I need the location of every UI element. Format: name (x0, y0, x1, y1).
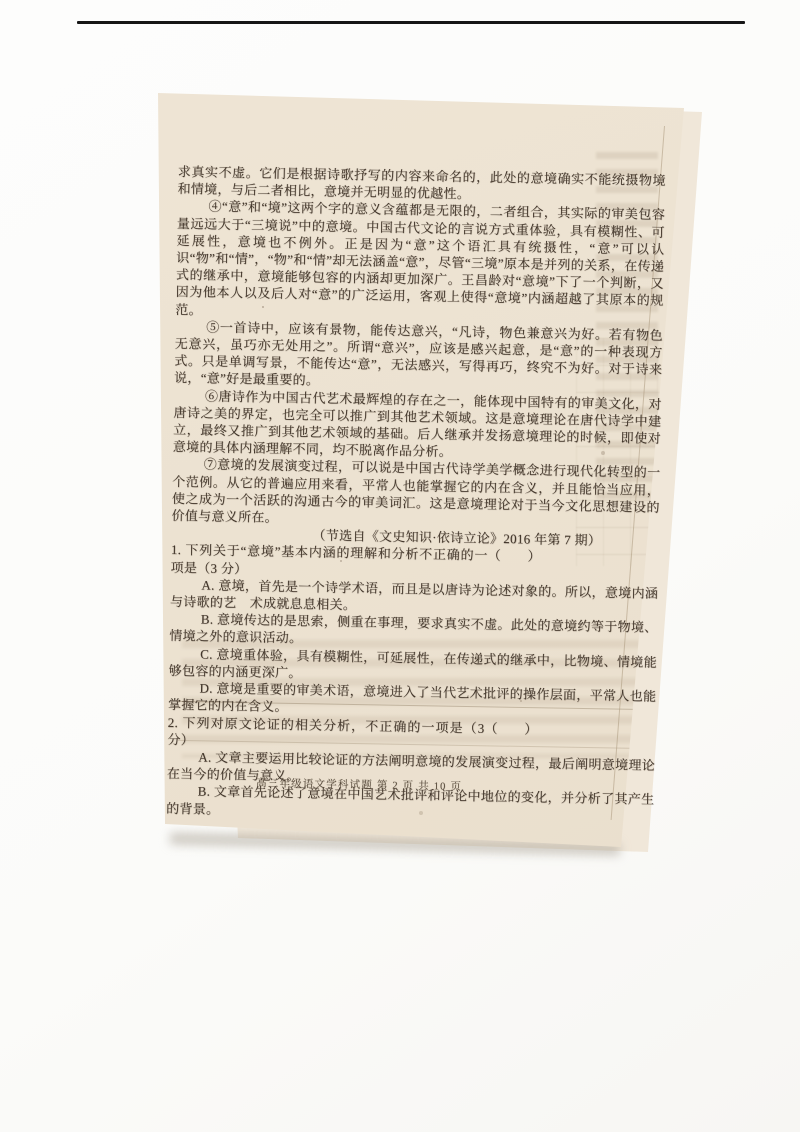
paragraph: ⑥唐诗作为中国古代艺术最辉煌的存在之一，能体现中国特有的审美文化，对唐诗之美的界… (173, 387, 662, 465)
top-rule (77, 21, 745, 24)
paragraph: ④“意”和“境”这两个字的意义含蕴都是无限的，二者组合，其实际的审美包容量远远大… (175, 197, 665, 326)
paragraph: ⑦意境的发展演变过程，可以说是中国古代诗学美学概念进行现代化转型的一个范例。从它… (171, 455, 660, 533)
paragraph: ⑤一首诗中，应该有景物，能传达意兴，“凡诗，物色兼意兴为好。若有物色无意兴，虽巧… (174, 318, 663, 396)
question-stem: 1. 下列关于“意境”基本内涵的理解和分析不正确的一项是（3 分） (170, 541, 487, 581)
question-stem: 2. 下列对原文论证的相关分析，不正确的一项是（3 分） (167, 713, 484, 753)
page-footer-text: 高三年级语文学科试题 第 2 页 共 10 页 (256, 778, 462, 793)
scanned-exam-photo: 求真实不虚。它们是根据诗歌抒写的内容来命名的，此处的意境确实不能统摄物境和情境，… (0, 0, 800, 1132)
answer-bracket: （ ） (487, 547, 541, 582)
document-text: 求真实不虚。它们是根据诗歌抒写的内容来命名的，此处的意境确实不能统摄物境和情境，… (166, 163, 666, 826)
answer-bracket: （ ） (484, 719, 538, 754)
paper-specks (0, 0, 2, 2)
